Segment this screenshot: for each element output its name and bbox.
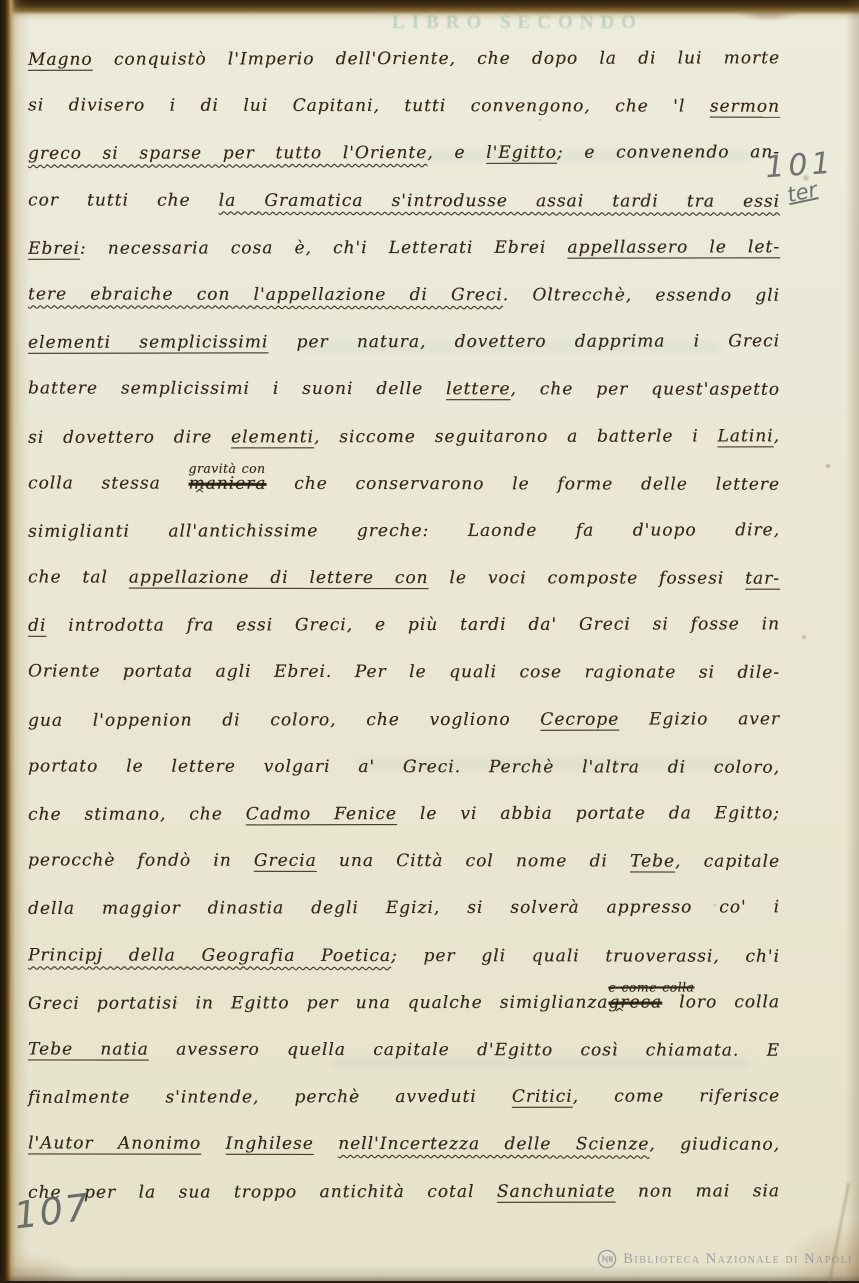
underlined-text: Critici [512, 1087, 573, 1107]
underlined-text: elementi semplicissimi [28, 332, 268, 353]
underlined-text: Cecrope [540, 709, 619, 729]
manuscript-line: battere semplicissimi i suoni delle lett… [28, 366, 780, 414]
text-segment: , e [427, 143, 486, 163]
manuscript-line: Magno conquistò l'Imperio dell'Oriente, … [28, 35, 780, 84]
paper-edge-right [845, 0, 859, 1281]
text-segment: portato le lettere volgari a' Greci. Per… [28, 756, 780, 777]
text-segment: ; per gli quali truoverassi, ch'i [391, 946, 780, 967]
underlined-text: l'Autor Anonimo [28, 1134, 201, 1154]
watermark-text: Biblioteca Nazionale di Napoli [623, 1251, 853, 1268]
underlined-text: Tebe [630, 852, 675, 872]
text-segment: si dovettero dire [28, 427, 231, 447]
text-segment: , siccome seguitarono a batterle i [314, 426, 718, 447]
text-segment: una Città col nome di [317, 851, 630, 872]
text-segment: della maggior dinastia degli Egizi, si s… [28, 898, 780, 920]
underlined-text: di [28, 616, 46, 636]
text-segment: si divisero i di lui Capitani, tutti con… [28, 96, 710, 117]
manuscript-line: elementi semplicissimi per natura, dovet… [28, 318, 780, 367]
underlined-text: Latini [717, 426, 773, 446]
manuscript-line: che per la sua troppo antichità cotal Sa… [28, 1168, 780, 1217]
manuscript-line: colla stessa gravità con^maniera che con… [28, 460, 780, 508]
text-segment: che per la sua troppo antichità cotal [28, 1181, 497, 1202]
text-segment: loro [662, 992, 734, 1012]
text-segment: ; e convenendo an- [557, 143, 780, 163]
manuscript-line: simiglianti all'antichissime greche: Lao… [28, 507, 780, 556]
underlined-text: tar- [745, 569, 780, 589]
text-segment: conquistò l'Imperio dell'Oriente, che do… [93, 48, 780, 69]
text-segment: . Oltrecchè, essendo gli [503, 285, 780, 305]
underlined-text: greco si sparse per tutto l'Oriente [28, 143, 427, 164]
manuscript-line: portato le lettere volgari a' Greci. Per… [28, 743, 780, 791]
text-segment: Egizio aver [619, 709, 780, 729]
manuscript-line: tere ebraiche con l'appellazione di Grec… [28, 271, 780, 319]
underlined-text: appellassero le let- [567, 237, 780, 257]
underlined-text: Inghilese [226, 1134, 314, 1154]
manuscript-line: cor tutti che la Gramatica s'introdusse … [28, 177, 780, 225]
underlined-text: la Gramatica s'introdusse assai tardi tr… [219, 190, 780, 211]
text-segment: Greci portatisi in Egitto per una qualch… [28, 992, 608, 1013]
manuscript-line: gua l'oppenion di coloro, che vogliono C… [28, 696, 780, 745]
text-segment: , capitale [675, 852, 780, 872]
underlined-text: Grecia [254, 851, 317, 871]
text-segment: che tal [28, 567, 129, 587]
text-segment: le vi abbia portate da Egitto; [397, 803, 780, 824]
text-segment [201, 1134, 225, 1154]
manuscript-line: della maggior dinastia degli Egizi, si s… [28, 885, 780, 934]
manuscript-line: di introdotta fra essi Greci, e più tard… [28, 601, 780, 650]
manuscript-line: si divisero i di lui Capitani, tutti con… [28, 83, 780, 131]
text-segment [314, 1134, 338, 1154]
text-segment: gua l'oppenion di coloro, che vogliono [28, 709, 540, 730]
manuscript-page: LIBRO SECONDO Magno conquistò l'Imperio … [0, 0, 859, 1281]
text-segment: Oriente portata agli Ebrei. Per le quali… [28, 662, 780, 683]
text-segment: che conservarono le forme delle lettere [266, 473, 780, 494]
book-edge-top [0, 0, 859, 20]
text-segment: avessero quella capitale d'Egitto così c… [149, 1039, 780, 1060]
underlined-text: elementi [231, 427, 314, 447]
underlined-text: Cadmo Fenice [246, 804, 397, 824]
manuscript-line: Principj della Geografia Poetica; per gl… [28, 932, 780, 980]
text-segment: non mai sia [615, 1181, 780, 1201]
underlined-text: Principj della Geografia Poetica [28, 945, 391, 966]
underlined-text: appellazione di lettere con [129, 568, 429, 589]
text-segment: , come riferisce [573, 1086, 780, 1106]
text-segment: , [774, 426, 780, 446]
text-segment: che stimano, che [28, 804, 246, 824]
text-segment: : necessaria cosa è, ch'i Letterati Ebre… [80, 237, 568, 258]
manuscript-line: finalmente s'intende, perchè avveduti Cr… [28, 1073, 780, 1122]
underlined-text: sermon [710, 97, 780, 117]
text-segment: introdotta fra essi Greci, e più tardi d… [46, 614, 780, 636]
underlined-text: Magno [28, 50, 93, 70]
underlined-text: Ebrei [28, 238, 80, 258]
text-segment: perocchè fondò in [28, 851, 254, 871]
library-seal-icon [597, 1249, 617, 1269]
underlined-text: nell'Incertezza delle Scienze [338, 1134, 649, 1155]
underlined-text: tere ebraiche con l'appellazione di Grec… [28, 284, 503, 305]
text-segment: simiglianti all'antichissime greche: Lao… [28, 520, 780, 542]
underlined-text: Tebe natia [28, 1039, 149, 1059]
manuscript-line: perocchè fondò in Grecia una Città col n… [28, 838, 780, 886]
manuscript-line: l'Autor Anonimo Inghilese nell'Incertezz… [28, 1121, 780, 1170]
text-segment: battere semplicissimi i suoni delle [28, 379, 446, 400]
underlined-text: Sanchuniate [497, 1181, 616, 1201]
manuscript-line: che tal appellazione di lettere con le v… [28, 554, 780, 602]
manuscript-line: Oriente portata agli Ebrei. Per le quali… [28, 649, 780, 697]
text-segment: per natura, dovettero dapprima i Greci [268, 331, 780, 352]
text-segment: finalmente s'intende, perchè avveduti [28, 1087, 512, 1108]
manuscript-line: greco si sparse per tutto l'Oriente, e l… [28, 130, 780, 179]
text-segment: colla [734, 992, 780, 1012]
binding-gutter [0, 0, 30, 1281]
manuscript-line: Ebrei: necessaria cosa è, ch'i Letterati… [28, 224, 780, 273]
underlined-text: lettere [446, 379, 510, 399]
text-segment: cor tutti che [28, 190, 219, 210]
folio-annotation-pencil: 101 ter [764, 146, 837, 206]
manuscript-line: che stimano, che Cadmo Fenice le vi abbi… [28, 790, 780, 839]
text-segment: , che per quest'aspetto [510, 379, 780, 399]
text-segment: colla stessa [28, 473, 189, 493]
library-watermark: Biblioteca Nazionale di Napoli [597, 1249, 853, 1269]
manuscript-line: Tebe natia avessero quella capitale d'Eg… [28, 1026, 780, 1075]
text-segment: , giudicano, [649, 1135, 780, 1155]
manuscript-line: Greci portatisi in Egitto per una qualch… [28, 979, 780, 1028]
manuscript-text: Magno conquistò l'Imperio dell'Oriente, … [28, 36, 780, 1216]
underlined-text: l'Egitto [486, 143, 557, 163]
manuscript-line: si dovettero dire elementi, siccome segu… [28, 413, 780, 462]
text-segment: le voci composte fossesi [428, 568, 745, 589]
